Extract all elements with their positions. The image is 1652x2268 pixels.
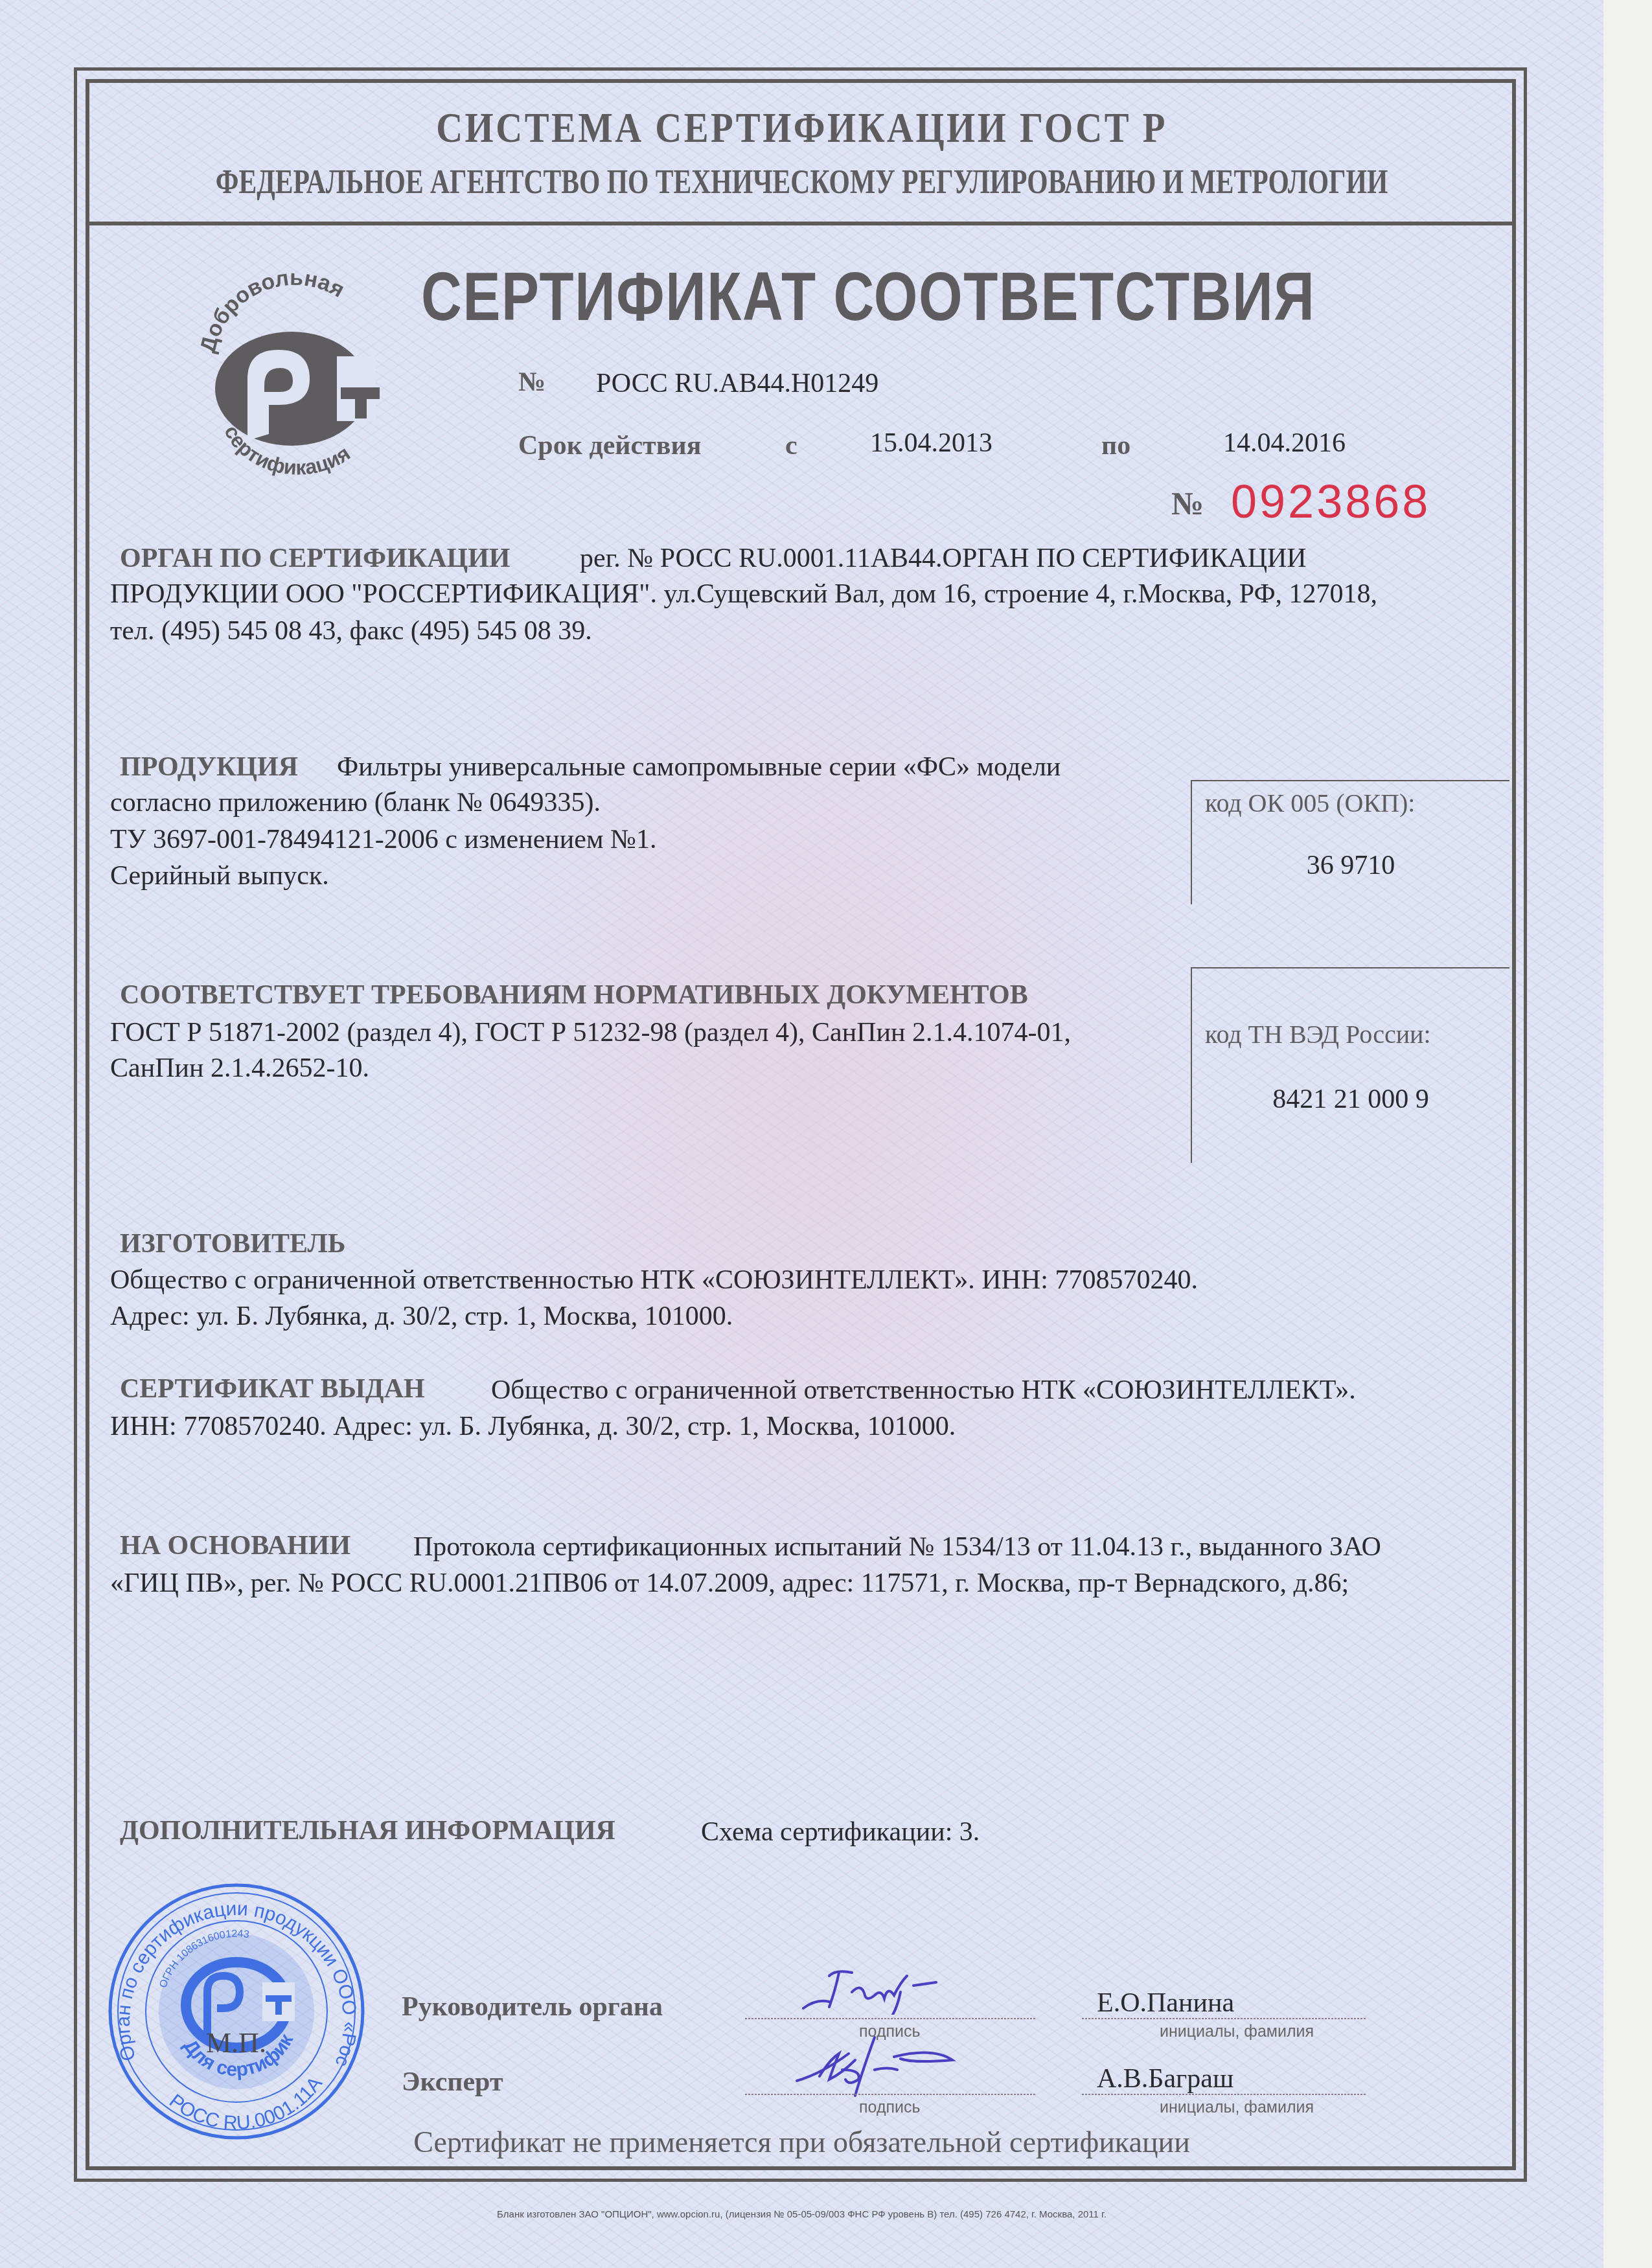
head-signature-line <box>745 2018 1037 2019</box>
tnved-code-box: код ТН ВЭД России: 8421 21 000 9 <box>1191 967 1509 1163</box>
system-title: СИСТЕМА СЕРТИФИКАЦИИ ГОСТ Р <box>112 104 1491 153</box>
product-line-3: ТУ 3697-001-78494121-2006 с изменением №… <box>110 824 657 855</box>
head-name-caption: инициалы, фамилия <box>1160 2022 1314 2041</box>
certification-body-line-1: рег. № РОСС RU.0001.11AB44.ОРГАН ПО СЕРТ… <box>580 543 1307 574</box>
head-of-body-label: Руководитель органа <box>402 1991 663 2022</box>
conformity-label: СООТВЕТСТВУЕТ ТРЕБОВАНИЯМ НОРМАТИВНЫХ ДО… <box>120 979 1028 1011</box>
certification-body-label: ОРГАН ПО СЕРТИФИКАЦИИ <box>120 543 511 574</box>
validity-label: Срок действия <box>518 430 701 461</box>
expert-name-line <box>1082 2094 1367 2095</box>
product-line-1: Фильтры универсальные самопромывные сери… <box>337 751 1061 783</box>
rst-voluntary-certification-logo-icon: Добровольная сертификация <box>188 272 395 479</box>
manufacturer-label: ИЗГОТОВИТЕЛЬ <box>120 1228 346 1259</box>
issued-to-line-2: ИНН: 7708570240. Адрес: ул. Б. Лубянка, … <box>110 1411 956 1442</box>
certificate-number: РОСС RU.AB44.H01249 <box>596 368 878 399</box>
valid-from-date: 15.04.2013 <box>870 428 992 459</box>
basis-label: НА ОСНОВАНИИ <box>120 1530 350 1561</box>
validity-to-label: по <box>1101 430 1130 461</box>
basis-line-2: «ГИЦ ПВ», рег. № РОСС RU.0001.21ПВ06 от … <box>110 1568 1349 1599</box>
manufacturer-line-1: Общество с ограниченной ответственностью… <box>110 1265 1198 1296</box>
issued-to-line-1: Общество с ограниченной ответственностью… <box>491 1375 1356 1406</box>
additional-info-text: Схема сертификации: 3. <box>701 1816 980 1848</box>
head-name-line <box>1082 2018 1367 2019</box>
tnved-code-label: код ТН ВЭД России: <box>1205 1019 1431 1049</box>
expert-signature-line <box>745 2094 1037 2095</box>
expert-signature-icon <box>784 2034 991 2099</box>
head-signature-icon <box>790 1963 972 2015</box>
document-title: СЕРТИФИКАТ СООТВЕТСТВИЯ <box>421 258 1315 336</box>
expert-signature-caption: подпись <box>859 2098 921 2117</box>
product-line-2: согласно приложению (бланк № 0649335). <box>110 787 601 818</box>
official-seal-stamp-icon: Орган по сертификации продукции ООО «Рос… <box>100 1872 373 2151</box>
okp-code-box: код ОК 005 (ОКП): 36 9710 <box>1191 780 1509 904</box>
expert-name: А.В.Баграш <box>1097 2063 1233 2094</box>
voluntary-notice: Сертификат не применяется при обязательн… <box>0 2125 1603 2159</box>
seal-place-label: М.П. <box>206 2026 266 2059</box>
printer-imprint: Бланк изготовлен ЗАО "ОПЦИОН", www.opcio… <box>0 2209 1603 2220</box>
tnved-code-value: 8421 21 000 9 <box>1192 1084 1509 1115</box>
additional-info-label: ДОПОЛНИТЕЛЬНАЯ ИНФОРМАЦИЯ <box>120 1815 615 1846</box>
agency-title: ФЕДЕРАЛЬНОЕ АГЕНТСТВО ПО ТЕХНИЧЕСКОМУ РЕ… <box>161 163 1443 201</box>
product-line-4: Серийный выпуск. <box>110 860 329 891</box>
expert-label: Эксперт <box>402 2067 503 2098</box>
expert-name-caption: инициалы, фамилия <box>1160 2098 1314 2117</box>
valid-to-date: 14.04.2016 <box>1223 428 1346 459</box>
conformity-line-2: СанПин 2.1.4.2652-10. <box>110 1053 369 1084</box>
issued-to-label: СЕРТИФИКАТ ВЫДАН <box>120 1373 425 1404</box>
okp-code-value: 36 9710 <box>1192 850 1509 881</box>
validity-from-label: с <box>785 430 797 461</box>
blank-number-sign: № <box>1171 485 1204 522</box>
conformity-line-1: ГОСТ Р 51871-2002 (раздел 4), ГОСТ Р 512… <box>110 1017 1071 1048</box>
head-name: Е.О.Панина <box>1097 1987 1234 2019</box>
manufacturer-line-2: Адрес: ул. Б. Лубянка, д. 30/2, стр. 1, … <box>110 1301 733 1332</box>
number-sign: № <box>518 367 545 398</box>
blank-serial-number: 0923868 <box>1231 475 1430 529</box>
certification-body-line-2: ПРОДУКЦИИ ООО "РОССЕРТИФИКАЦИЯ". ул.Суще… <box>110 578 1377 610</box>
product-label: ПРОДУКЦИЯ <box>120 751 298 783</box>
okp-code-label: код ОК 005 (ОКП): <box>1205 788 1415 818</box>
certification-body-line-3: тел. (495) 545 08 43, факс (495) 545 08 … <box>110 615 592 647</box>
header-divider <box>86 222 1516 225</box>
basis-line-1: Протокола сертификационных испытаний № 1… <box>413 1531 1381 1563</box>
